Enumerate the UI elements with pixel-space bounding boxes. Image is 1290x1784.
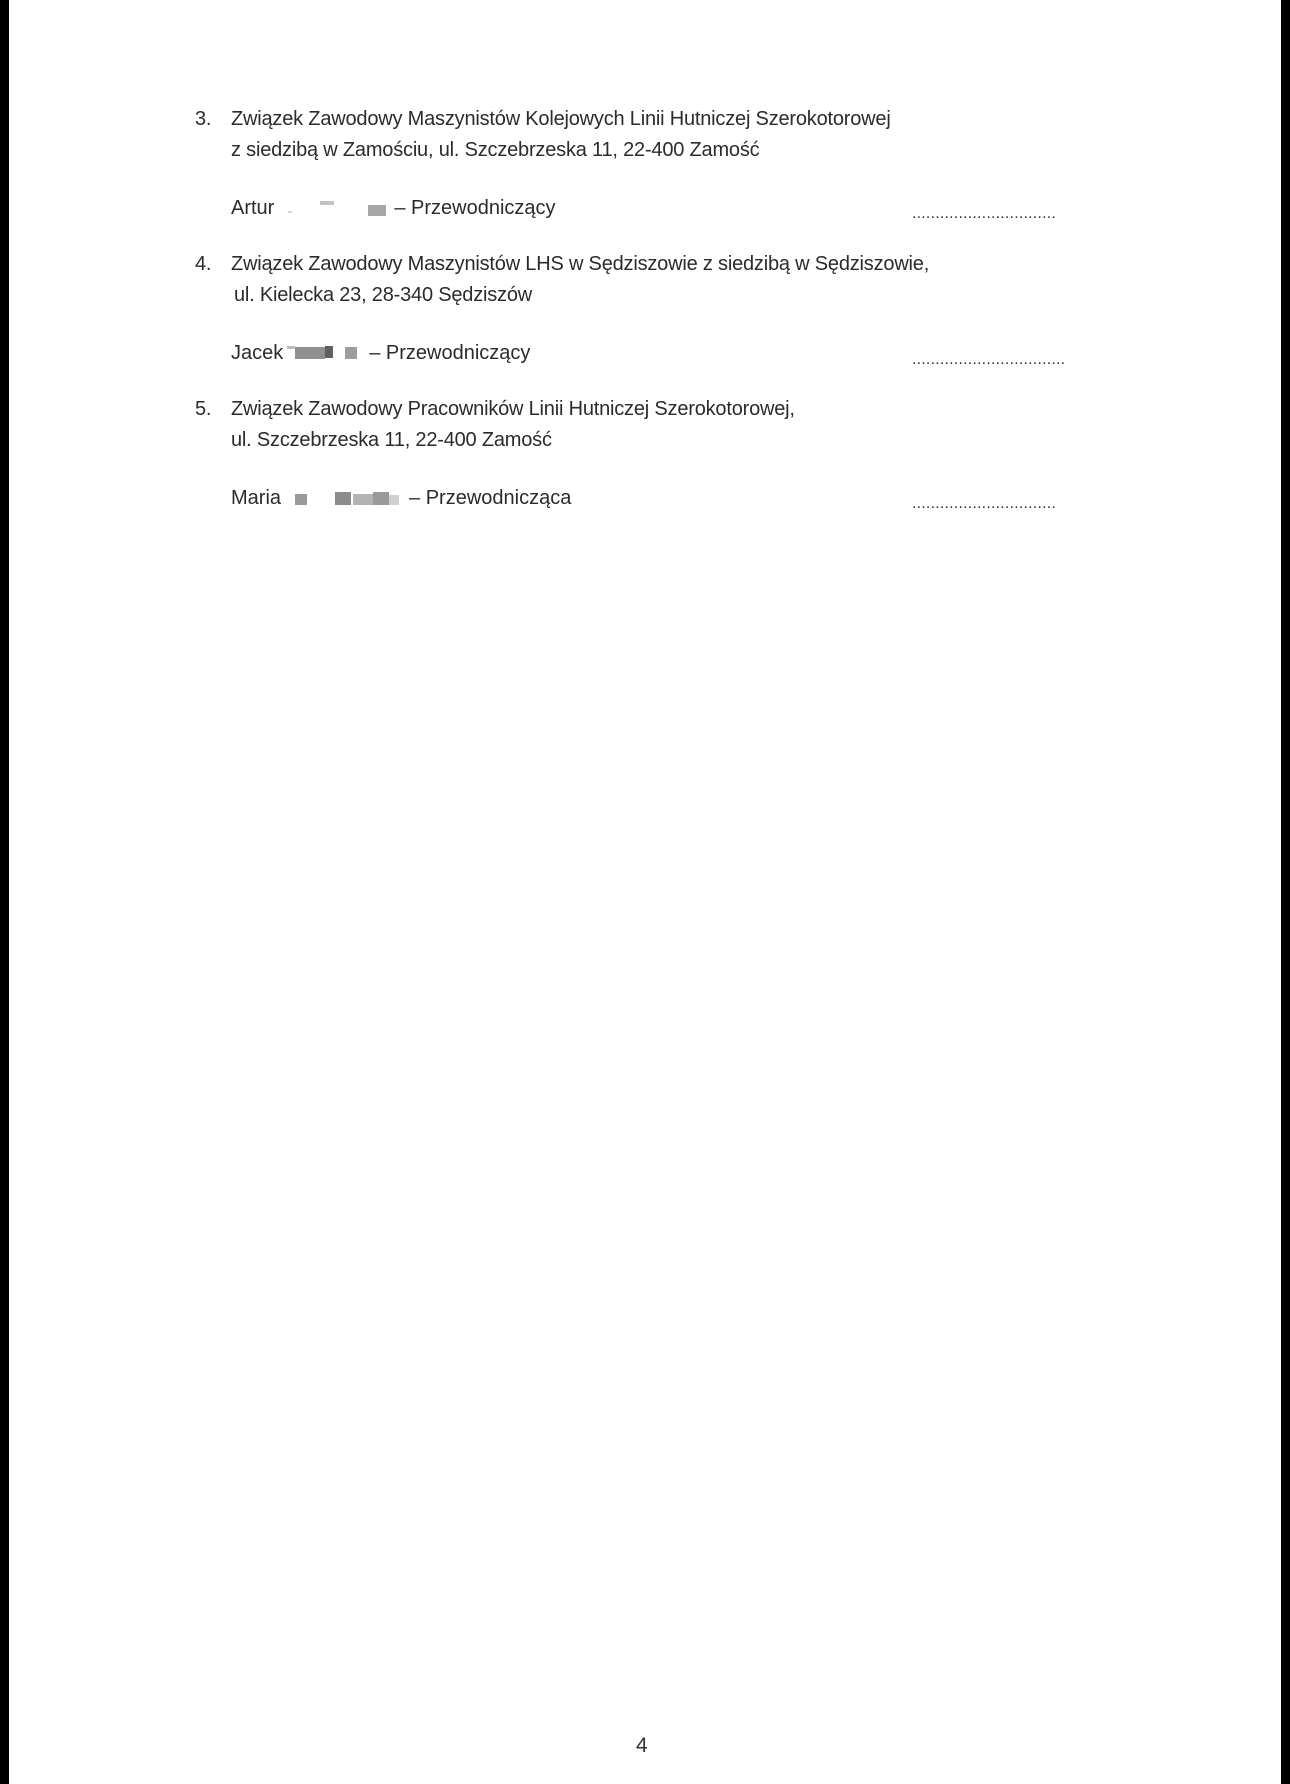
redacted-surname — [287, 346, 365, 360]
signer-row: Maria – Przewodnicząca — [231, 483, 571, 513]
party-address-line: z siedzibą w Zamościu, ul. Szczebrzeska … — [231, 135, 759, 165]
party-number: 4. — [195, 249, 225, 279]
redacted-surname — [278, 201, 390, 215]
signer-first-name: Jacek — [231, 338, 283, 368]
scan-edge-right — [1281, 0, 1290, 1784]
document-page: 3. Związek Zawodowy Maszynistów Kolejowy… — [9, 0, 1281, 1784]
party-name-line: Związek Zawodowy Maszynistów Kolejowych … — [231, 104, 891, 134]
party-address-line: ul. Kielecka 23, 28-340 Sędziszów — [234, 280, 532, 310]
redacted-surname — [285, 491, 405, 505]
party-number: 3. — [195, 104, 225, 134]
signature-line: ............................... — [912, 204, 1056, 224]
signer-role: – Przewodniczący — [394, 193, 555, 223]
party-name-line: Związek Zawodowy Maszynistów LHS w Sędzi… — [231, 249, 929, 279]
party-name-line: Związek Zawodowy Pracowników Linii Hutni… — [231, 394, 795, 424]
signer-row: Artur – Przewodniczący — [231, 193, 556, 223]
signer-row: Jacek – Przewodniczący — [231, 338, 530, 368]
signature-line: ................................. — [912, 350, 1065, 370]
page-number: 4 — [636, 1734, 648, 1758]
party-number: 5. — [195, 394, 225, 424]
signer-first-name: Maria — [231, 483, 281, 513]
signature-line: ............................... — [912, 494, 1056, 514]
signer-role: – Przewodniczący — [369, 338, 530, 368]
signer-role: – Przewodnicząca — [409, 483, 571, 513]
party-address-line: ul. Szczebrzeska 11, 22-400 Zamość — [231, 425, 552, 455]
scan-edge-left — [0, 0, 9, 1784]
signer-first-name: Artur — [231, 193, 274, 223]
